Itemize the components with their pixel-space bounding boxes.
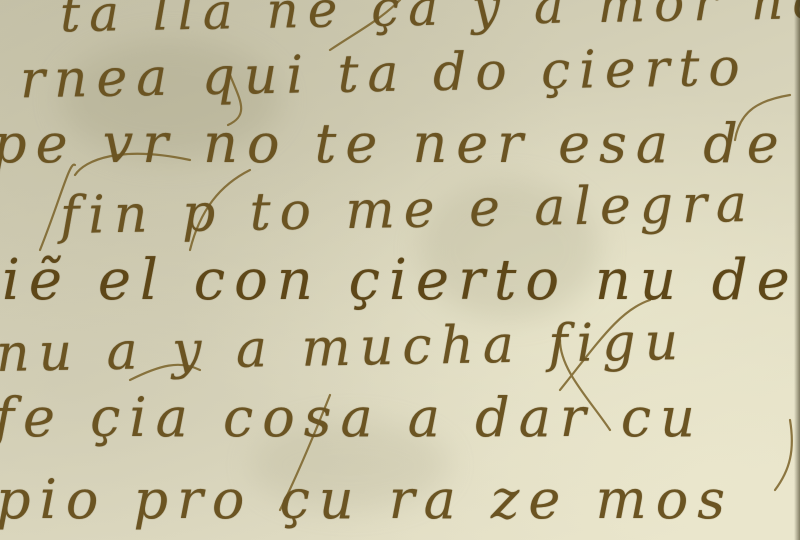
terminal-s (775, 420, 792, 490)
manuscript-line: iẽ el con çierto nu de (2, 248, 799, 313)
manuscript-line: rnea qui ta do çierto (20, 38, 750, 111)
page-edge-shadow (794, 0, 800, 540)
manuscript-line: ta lla ne ça y a mor ncas (60, 0, 800, 43)
manuscript-line: fin p to me e alegra (60, 174, 757, 246)
manuscript-line: nu a y a mucha figu (0, 312, 688, 384)
manuscript-line: fe çia cosa a dar cu (0, 386, 704, 449)
manuscript-line: pio pro çu ra ze mos (0, 468, 734, 531)
manuscript-photo: ta lla ne ça y a mor ncas rnea qui ta do… (0, 0, 800, 540)
manuscript-line: pe vr no te ner esa de fe (0, 112, 800, 175)
